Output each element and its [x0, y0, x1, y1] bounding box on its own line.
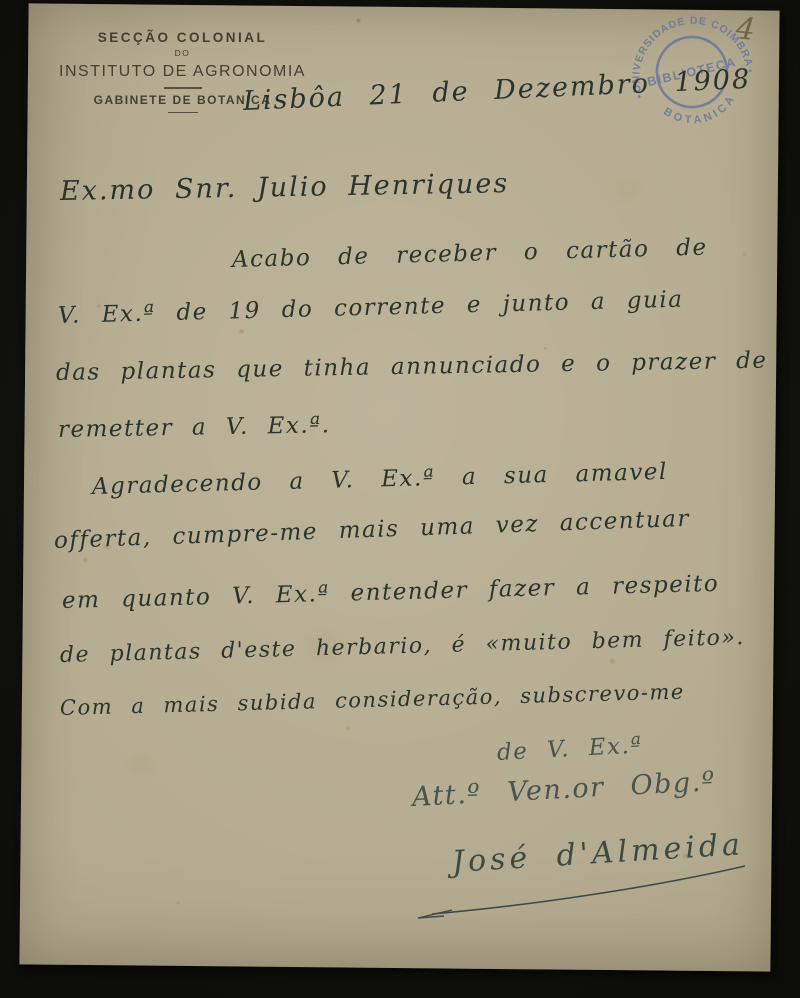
handwritten-line: remetter a V. Ex.ª. [58, 412, 331, 443]
letterhead-of: DO [55, 48, 310, 58]
letterhead-divider [164, 87, 202, 89]
letterhead-divider [168, 112, 198, 114]
letterhead-section: SECÇÃO COLONIAL [55, 30, 310, 45]
folio-number: 4 [734, 11, 757, 48]
scanned-letter-photo: SECÇÃO COLONIAL DO INSTITUTO DE AGRONOMI… [0, 0, 800, 998]
letterhead-institute: INSTITUTO DE AGRONOMIA [55, 63, 310, 81]
